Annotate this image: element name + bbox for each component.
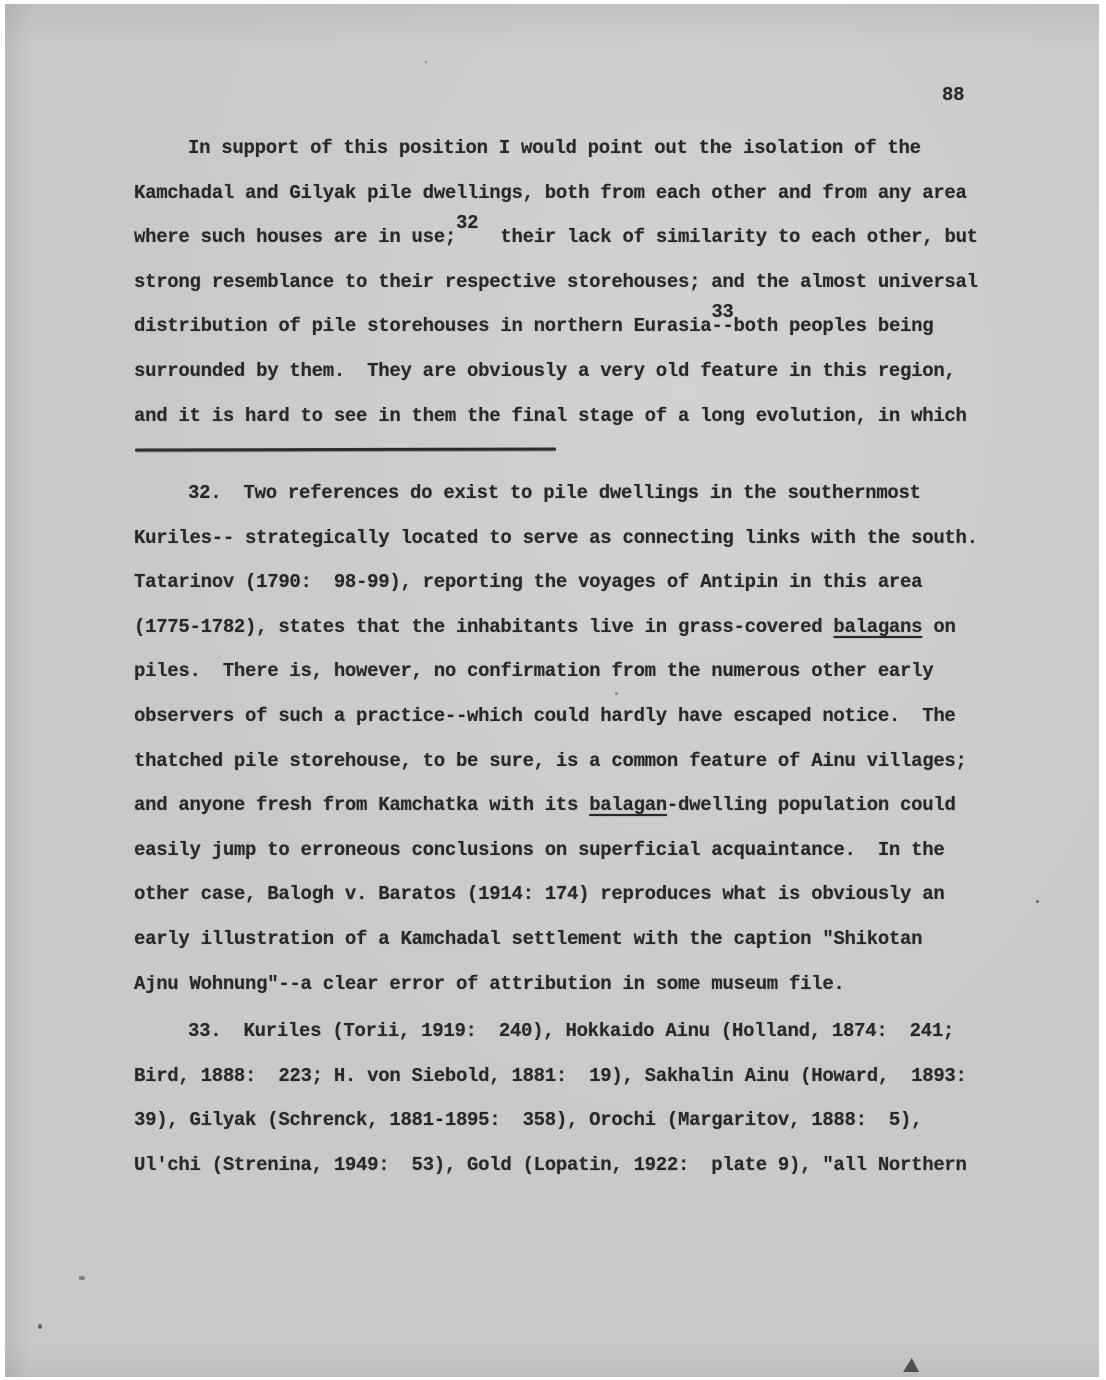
- text-line: Ajnu Wohnung"--a clear error of attribut…: [134, 962, 1014, 1007]
- footnote-33: 33. Kuriles (Torii, 1919: 240), Hokkaido…: [134, 1009, 1014, 1187]
- text-segment: surrounded by them. They are obviously a…: [134, 360, 956, 382]
- text-line: In support of this position I would poin…: [134, 126, 1014, 171]
- text-line: Kamchadal and Gilyak pile dwellings, bot…: [134, 171, 1014, 216]
- underlined-term: balagan: [589, 794, 667, 816]
- text-segment: and it is hard to see in them the final …: [134, 405, 967, 427]
- footnote-separator-rule: [135, 448, 556, 452]
- text-line: (1775-1782), states that the inhabitants…: [134, 605, 1014, 650]
- scan-speck: [79, 1276, 85, 1280]
- scan-speck: [425, 61, 427, 63]
- text-segment: observers of such a practice--which coul…: [134, 705, 956, 727]
- text-line: distribution of pile storehouses in nort…: [134, 304, 1014, 349]
- text-segment: early illustration of a Kamchadal settle…: [134, 928, 922, 950]
- text-line: and it is hard to see in them the final …: [134, 394, 1014, 439]
- text-line: thatched pile storehouse, to be sure, is…: [134, 739, 1014, 784]
- text-segment: Tatarinov (1790: 98-99), reporting the v…: [134, 571, 922, 593]
- text-segment: their lack of similarity to each other, …: [478, 226, 978, 248]
- text-segment: 39), Gilyak (Schrenck, 1881-1895: 358), …: [134, 1109, 922, 1131]
- footnote-reference: 32: [456, 212, 478, 234]
- text-segment: Kuriles-- strategically located to serve…: [134, 527, 978, 549]
- text-segment: 33. Kuriles (Torii, 1919: 240), Hokkaido…: [188, 1020, 954, 1042]
- text-segment: piles. There is, however, no confirmatio…: [134, 660, 933, 682]
- text-segment: In support of this position I would poin…: [188, 137, 921, 159]
- body-paragraph: In support of this position I would poin…: [134, 126, 1014, 438]
- underlined-term: balagans: [833, 616, 922, 638]
- page-number: 88: [942, 85, 964, 105]
- text-segment: Bird, 1888: 223; H. von Siebold, 1881: 1…: [134, 1065, 967, 1087]
- text-segment: strong resemblance to their respective s…: [134, 271, 978, 293]
- scan-speck: [1036, 900, 1039, 903]
- text-line: 32. Two references do exist to pile dwel…: [134, 471, 1014, 516]
- text-segment: easily jump to erroneous conclusions on …: [134, 839, 944, 861]
- text-line: observers of such a practice--which coul…: [134, 694, 1014, 739]
- text-line: easily jump to erroneous conclusions on …: [134, 828, 1014, 873]
- scan-speck: [615, 692, 618, 695]
- text-segment: Kamchadal and Gilyak pile dwellings, bot…: [134, 182, 967, 204]
- text-line: Bird, 1888: 223; H. von Siebold, 1881: 1…: [134, 1054, 1014, 1099]
- scan-smudge: [903, 1358, 919, 1372]
- text-line: Kuriles-- strategically located to serve…: [134, 516, 1014, 561]
- text-line: early illustration of a Kamchadal settle…: [134, 917, 1014, 962]
- text-line: surrounded by them. They are obviously a…: [134, 349, 1014, 394]
- text-segment: Ajnu Wohnung"--a clear error of attribut…: [134, 973, 845, 995]
- text-segment: on: [922, 616, 955, 638]
- footnote-32: 32. Two references do exist to pile dwel…: [134, 471, 1014, 1006]
- text-segment: thatched pile storehouse, to be sure, is…: [134, 750, 967, 772]
- text-line: 39), Gilyak (Schrenck, 1881-1895: 358), …: [134, 1098, 1014, 1143]
- text-segment: and anyone fresh from Kamchatka with its: [134, 794, 589, 816]
- text-segment: -dwelling population could: [667, 794, 956, 816]
- text-line: 33. Kuriles (Torii, 1919: 240), Hokkaido…: [134, 1009, 1014, 1054]
- text-segment: other case, Balogh v. Baratos (1914: 174…: [134, 883, 944, 905]
- text-segment: --both peoples being: [711, 315, 933, 337]
- text-segment: (1775-1782), states that the inhabitants…: [134, 616, 833, 638]
- text-line: where such houses are in use;32 their la…: [134, 215, 1014, 260]
- text-line: Ul'chi (Strenina, 1949: 53), Gold (Lopat…: [134, 1143, 1014, 1188]
- text-segment: Ul'chi (Strenina, 1949: 53), Gold (Lopat…: [134, 1154, 967, 1176]
- text-line: and anyone fresh from Kamchatka with its…: [134, 783, 1014, 828]
- scan-speck: [38, 1324, 42, 1329]
- text-line: Tatarinov (1790: 98-99), reporting the v…: [134, 560, 1014, 605]
- text-segment: where such houses are in use;: [134, 226, 456, 248]
- text-segment: 32. Two references do exist to pile dwel…: [188, 482, 921, 504]
- text-line: piles. There is, however, no confirmatio…: [134, 649, 1014, 694]
- text-line: strong resemblance to their respective s…: [134, 260, 1014, 305]
- text-segment: distribution of pile storehouses in nort…: [134, 315, 711, 337]
- scanned-page: 88 In support of this position I would p…: [5, 4, 1099, 1377]
- text-line: other case, Balogh v. Baratos (1914: 174…: [134, 872, 1014, 917]
